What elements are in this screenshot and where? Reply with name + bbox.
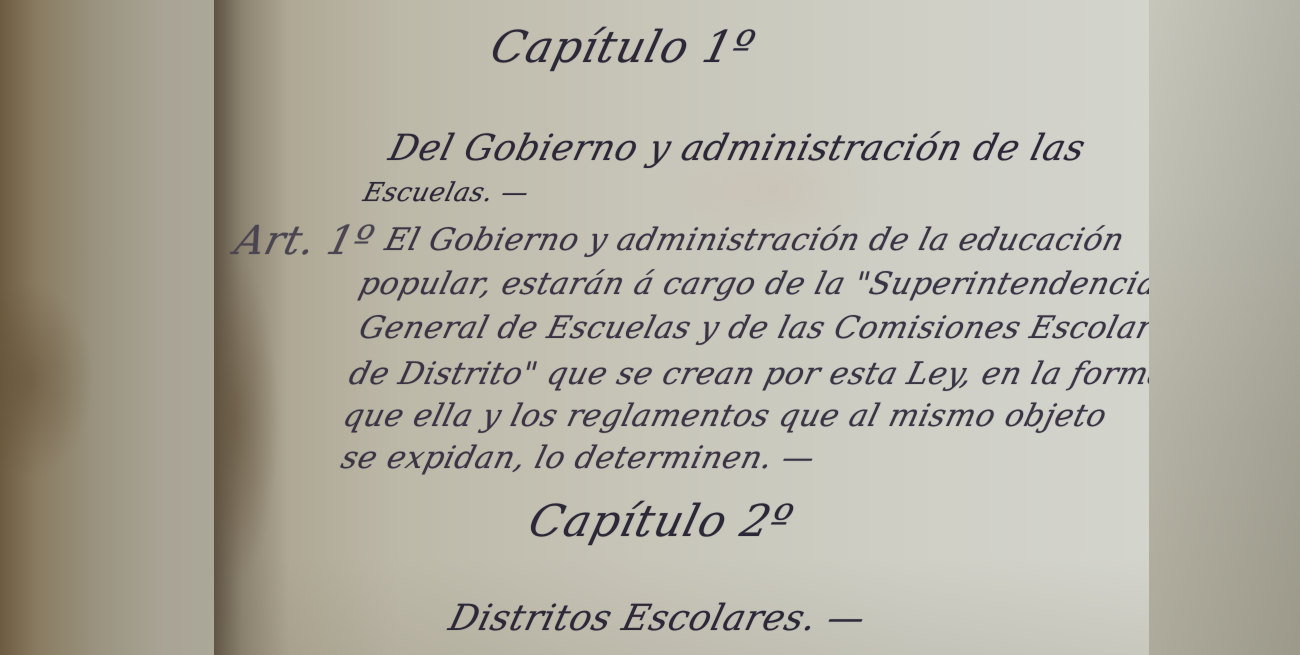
manuscript-page: Capítulo 1º Del Gobierno y administració…	[214, 0, 1149, 655]
article-1-line-3: General de Escuelas y de las Comisiones …	[356, 310, 1149, 346]
article-1-line-1: El Gobierno y administración de la educa…	[382, 222, 1129, 258]
article-1-line-5: que ella y los reglamentos que al mismo …	[340, 398, 1111, 434]
article-1-line-6: se expidan, lo determinen. —	[338, 440, 819, 476]
article-1-line-4: de Distrito" que se crean por esta Ley, …	[346, 356, 1149, 392]
blurred-background-left	[0, 0, 214, 655]
chapter-1-heading-line-1: Del Gobierno y administración de las	[385, 128, 1090, 169]
blurred-background-right	[1149, 0, 1300, 655]
photo-frame: Capítulo 1º Del Gobierno y administració…	[0, 0, 1300, 655]
article-1-line-2: popular, estarán á cargo de la "Superint…	[356, 266, 1149, 302]
article-1-margin-label: Art. 1º	[230, 218, 379, 264]
chapter-2-heading: Distritos Escolares. —	[445, 598, 870, 639]
chapter-2-title: Capítulo 2º	[524, 496, 799, 547]
chapter-1-heading-line-2: Escuelas. —	[360, 178, 532, 208]
chapter-1-title: Capítulo 1º	[486, 22, 761, 73]
